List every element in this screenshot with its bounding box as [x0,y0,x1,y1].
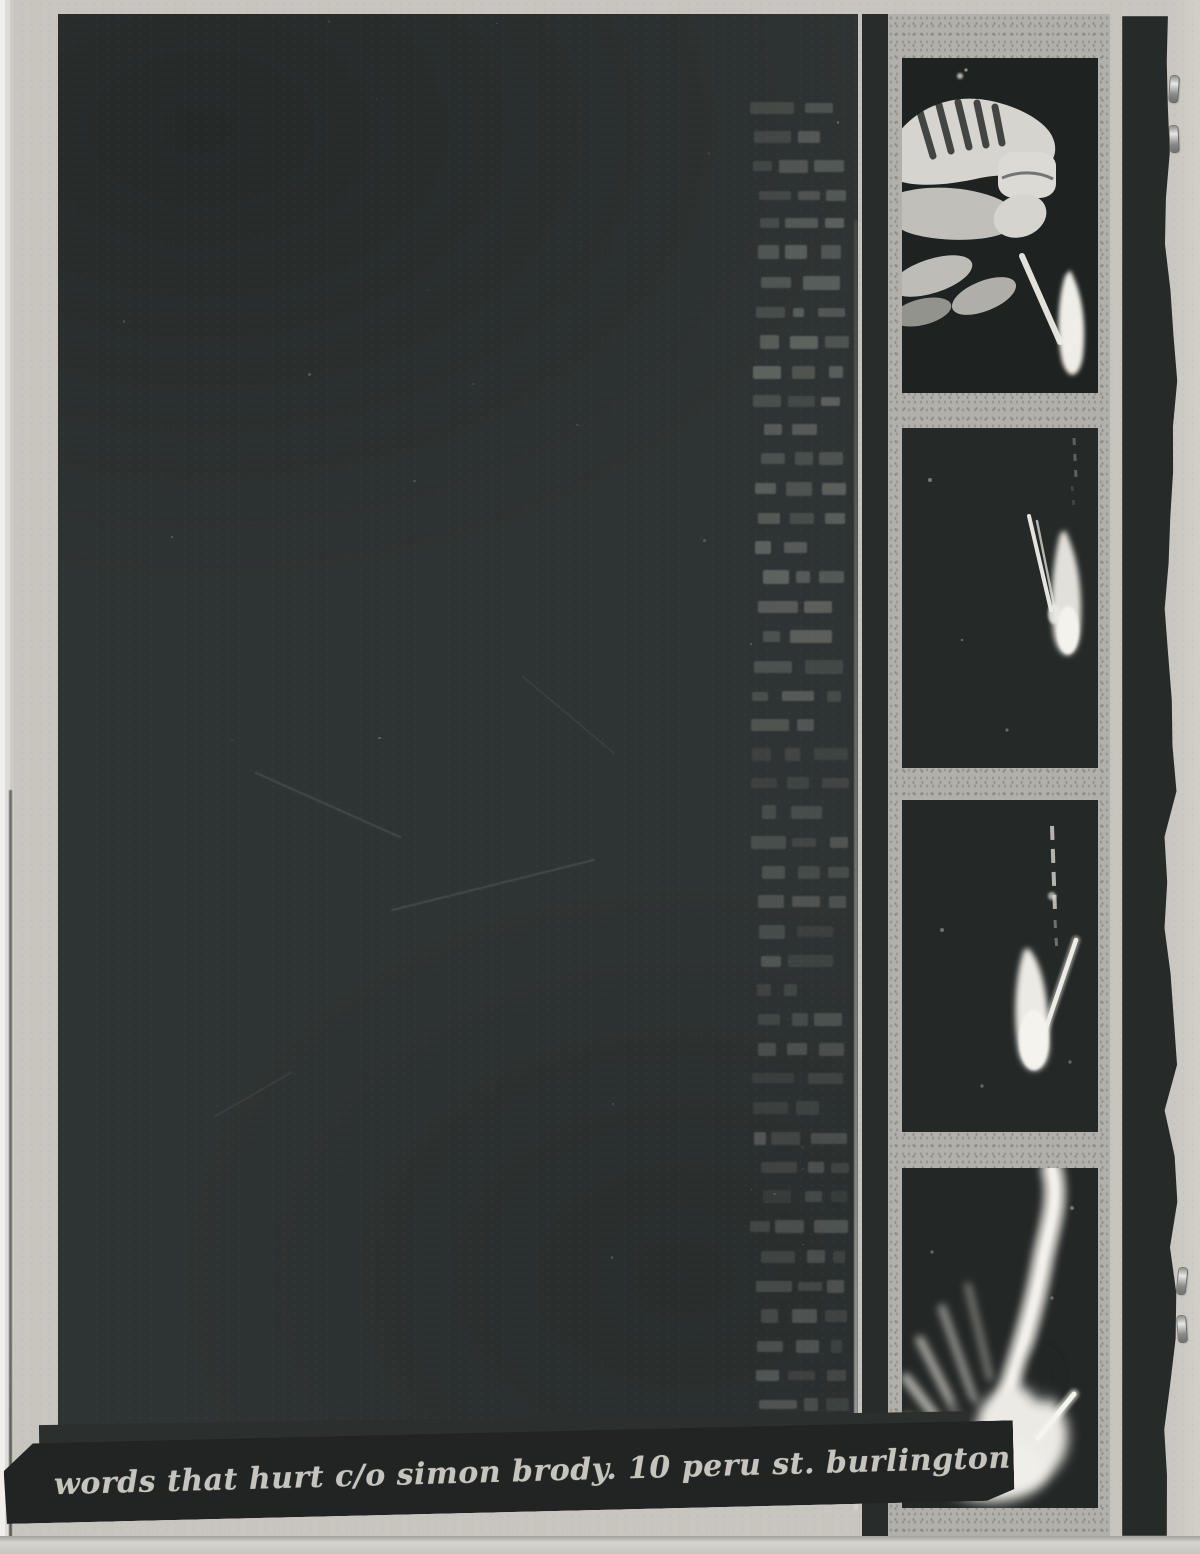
film-strip-left-band [862,14,888,1538]
film-frame-flame-trail [902,800,1098,1132]
film-strip-body [888,14,1110,1538]
strip-seam-highlight [854,220,858,1510]
film-strip-right-band [1122,16,1178,1536]
film-frame-hand-striking-match [902,58,1098,393]
staple [1169,126,1178,152]
staple [1169,76,1179,102]
scan-edge-bottom [0,1536,1200,1554]
lit-match-falling-image [902,428,1098,768]
zine-back-cover-page: words that hurt c/o simon brody. 10 peru… [0,0,1200,1554]
film-frame-lit-match-falling [902,428,1098,768]
main-ink-block [58,14,858,1450]
hand-striking-match-image [902,58,1098,393]
ghost-text-column [750,102,856,1442]
staple [1177,1268,1188,1295]
flame-trail-image [902,800,1098,1132]
staple [1177,1316,1187,1342]
